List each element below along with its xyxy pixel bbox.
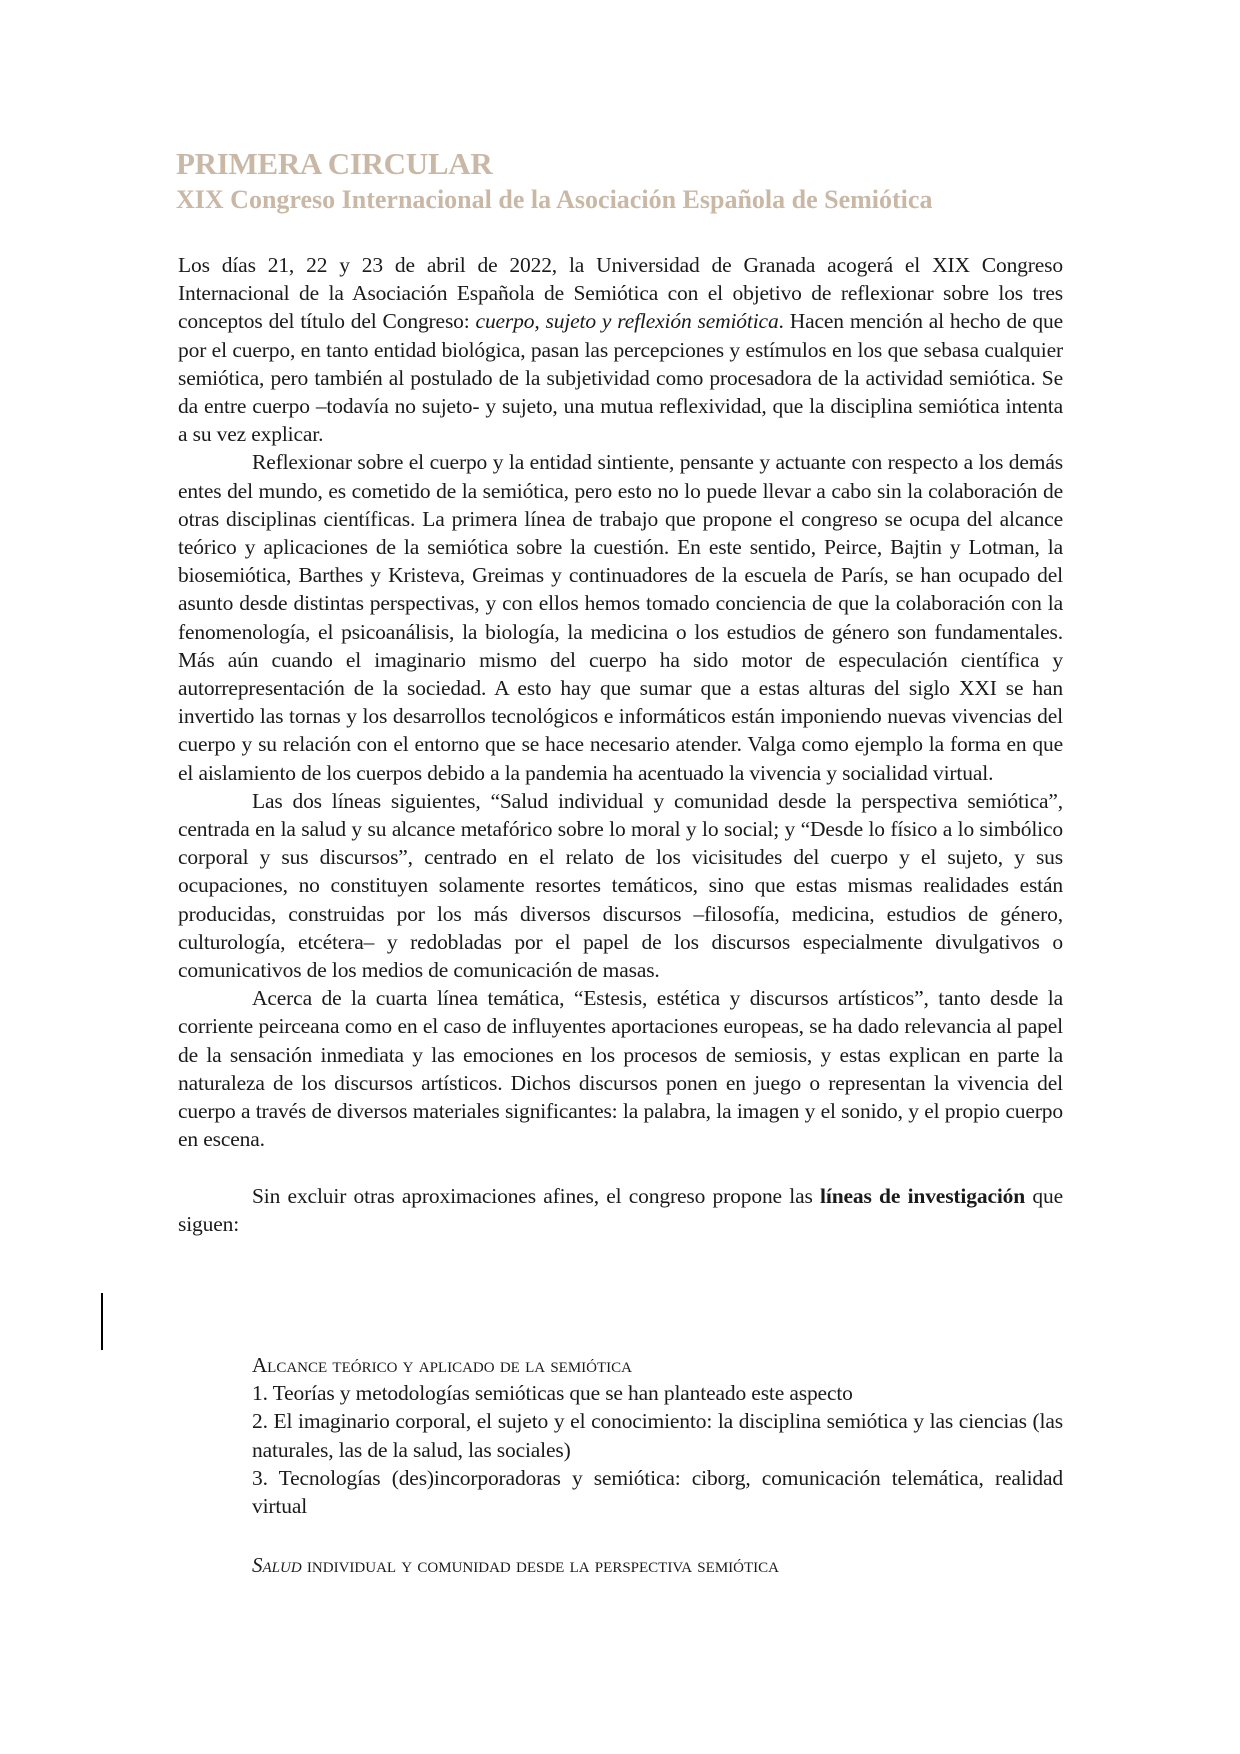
paragraph-3: Las dos líneas siguientes, “Salud indivi… bbox=[178, 787, 1063, 984]
research-line-2-heading-italic: Salud bbox=[252, 1553, 302, 1577]
paragraph-1-italic-concepts: cuerpo, sujeto y reflexión semiótica bbox=[476, 309, 779, 333]
spacer bbox=[178, 1154, 1063, 1182]
paragraph-4: Acerca de la cuarta línea temática, “Est… bbox=[178, 984, 1063, 1153]
paragraph-2: Reflexionar sobre el cuerpo y la entidad… bbox=[178, 448, 1063, 786]
paragraph-1: Los días 21, 22 y 23 de abril de 2022, l… bbox=[178, 251, 1063, 448]
research-line-2-heading: Salud individual y comunidad desde la pe… bbox=[252, 1553, 779, 1578]
research-line-1-item-3: 3. Tecnologías (des)incorporadoras y sem… bbox=[252, 1464, 1063, 1520]
intro-text-a: Sin excluir otras aproximaciones afines,… bbox=[252, 1184, 820, 1208]
document-page: PRIMERA CIRCULAR XIX Congreso Internacio… bbox=[0, 0, 1240, 1754]
title-block: PRIMERA CIRCULAR XIX Congreso Internacio… bbox=[176, 146, 932, 218]
research-line-1: Alcance teórico y aplicado de la semióti… bbox=[252, 1351, 1063, 1520]
intro-bold-lineas: líneas de investigación bbox=[820, 1184, 1025, 1208]
intro-research-lines: Sin excluir otras aproximaciones afines,… bbox=[178, 1182, 1063, 1238]
research-line-1-item-1: 1. Teorías y metodologías semióticas que… bbox=[252, 1379, 1063, 1407]
text-cursor bbox=[101, 1293, 103, 1350]
body-text: Los días 21, 22 y 23 de abril de 2022, l… bbox=[178, 251, 1063, 1238]
research-line-1-heading: Alcance teórico y aplicado de la semióti… bbox=[252, 1351, 1063, 1379]
document-title: PRIMERA CIRCULAR bbox=[176, 146, 932, 182]
research-line-1-item-2: 2. El imaginario corporal, el sujeto y e… bbox=[252, 1407, 1063, 1463]
document-subtitle: XIX Congreso Internacional de la Asociac… bbox=[176, 182, 932, 218]
research-line-2-heading-text: individual y comunidad desde la perspect… bbox=[302, 1553, 779, 1577]
